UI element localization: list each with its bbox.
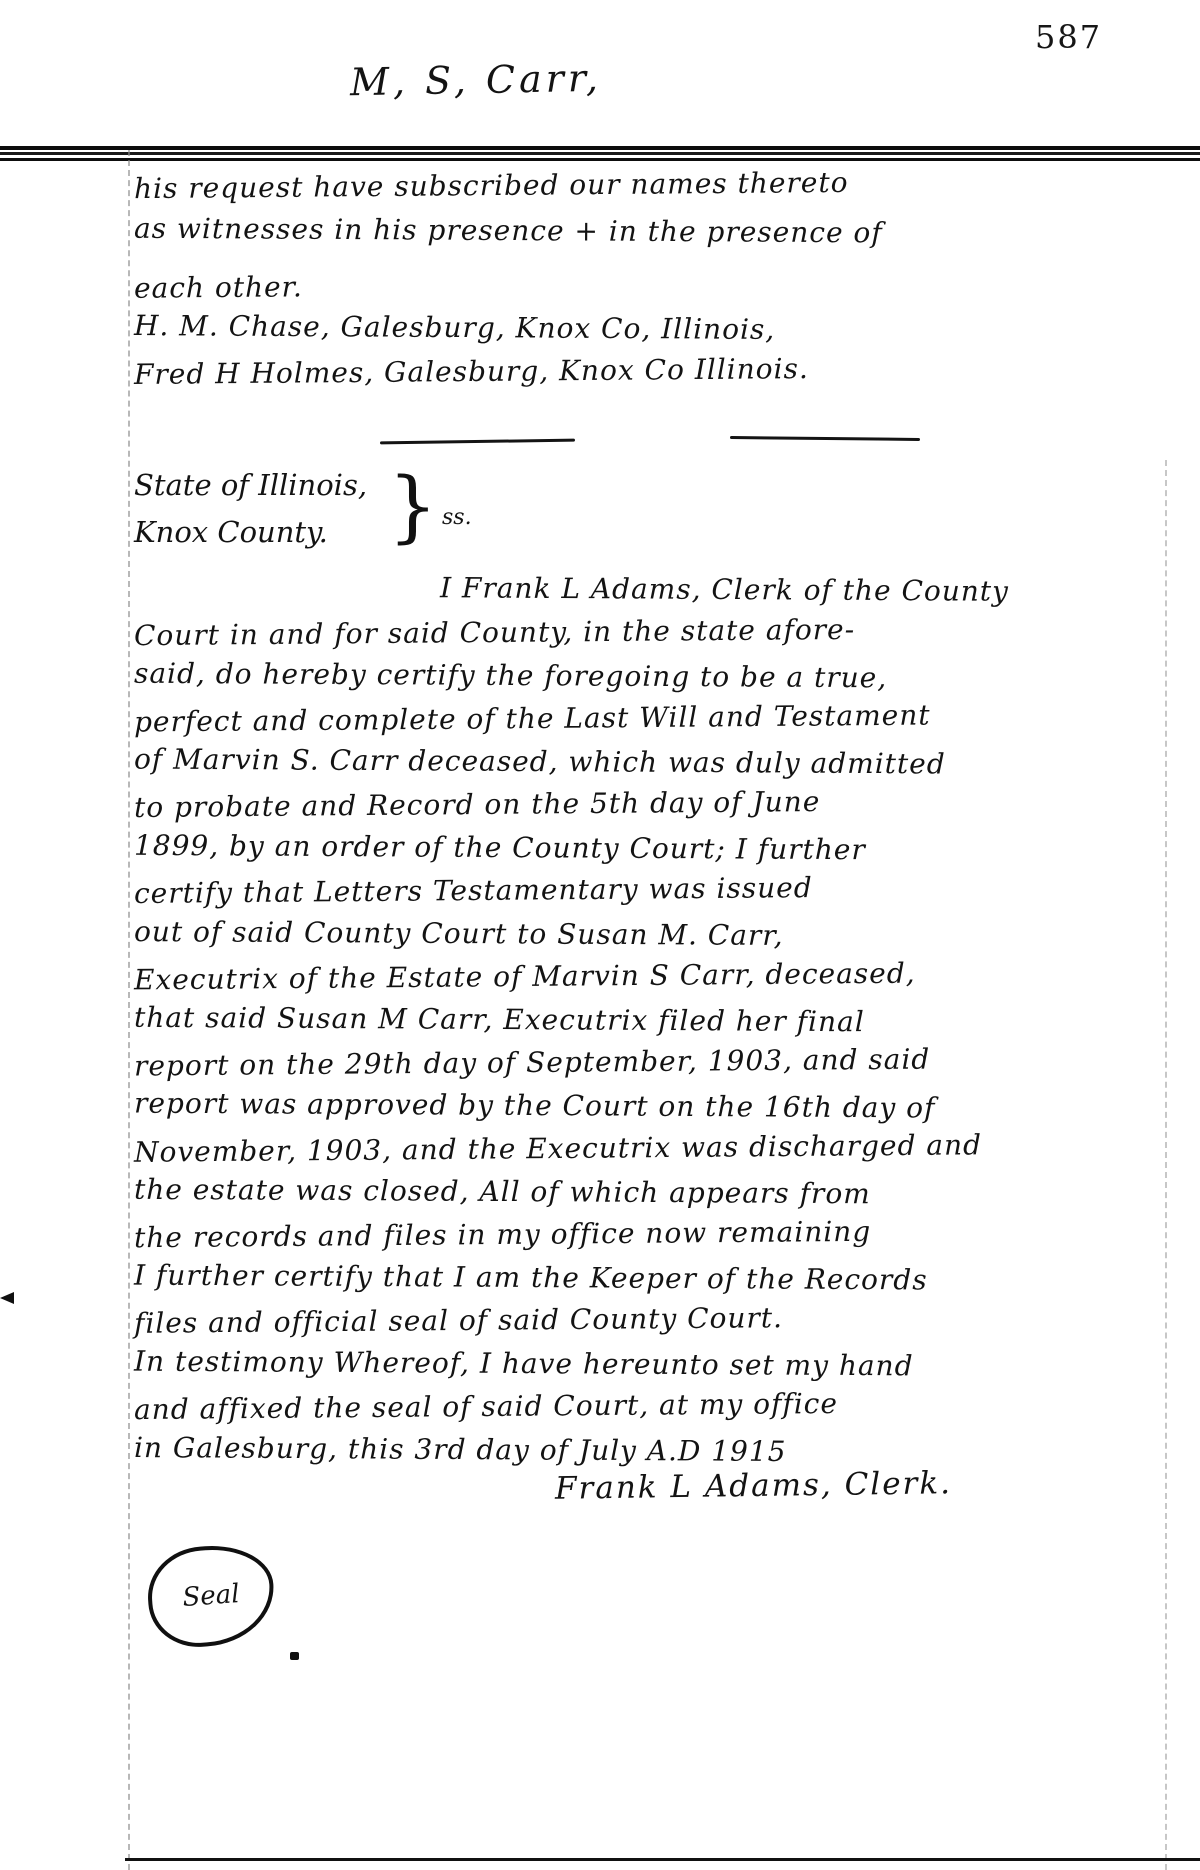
manuscript-line: certify that Letters Testamentary was is… bbox=[134, 868, 813, 914]
manuscript-line: report on the 29th day of September, 190… bbox=[134, 1040, 931, 1087]
manuscript-line: files and official seal of said County C… bbox=[134, 1298, 783, 1344]
page-number: 587 bbox=[1035, 18, 1102, 56]
record-book-page: 587 M, S, Carr, his request have subscri… bbox=[0, 0, 1200, 1870]
manuscript-line: and affixed the seal of said Court, at m… bbox=[134, 1384, 838, 1430]
manuscript-line: of Marvin S. Carr deceased, which was du… bbox=[134, 740, 946, 785]
witness-signature-line: Fred H Holmes, Galesburg, Knox Co Illino… bbox=[134, 349, 809, 395]
right-margin-rule bbox=[1165, 460, 1167, 1870]
witness-signature-line: H. M. Chase, Galesburg, Knox Co, Illinoi… bbox=[134, 306, 775, 350]
manuscript-line: perfect and complete of the Last Will an… bbox=[134, 696, 931, 743]
ink-dot bbox=[290, 1652, 299, 1660]
manuscript-line: to probate and Record on the 5th day of … bbox=[134, 782, 821, 828]
manuscript-line: report was approved by the Court on the … bbox=[134, 1084, 936, 1129]
manuscript-line: 1899, by an order of the County Court; I… bbox=[134, 826, 866, 870]
jurat-brace: } bbox=[388, 462, 438, 552]
manuscript-line: In testimony Whereof, I have hereunto se… bbox=[134, 1342, 914, 1387]
page-header-name: M, S, Carr, bbox=[350, 56, 603, 104]
manuscript-line: as witnesses in his presence + in the pr… bbox=[134, 209, 883, 254]
clerk-signature: Frank L Adams, Clerk. bbox=[555, 1465, 952, 1507]
manuscript-line: his request have subscribed our names th… bbox=[134, 163, 849, 209]
manuscript-line: each other. bbox=[134, 267, 303, 308]
left-margin-rule bbox=[128, 150, 130, 1870]
manuscript-line: the records and files in my office now r… bbox=[134, 1212, 872, 1258]
manuscript-line: out of said County Court to Susan M. Car… bbox=[134, 912, 784, 956]
header-double-rule bbox=[0, 146, 1200, 163]
seal-stamp-icon: Seal bbox=[145, 1542, 278, 1651]
jurat-state: State of Illinois, bbox=[134, 468, 367, 502]
bottom-page-rule bbox=[125, 1858, 1200, 1861]
margin-mark bbox=[0, 1292, 14, 1304]
manuscript-line: that said Susan M Carr, Executrix filed … bbox=[134, 998, 865, 1042]
seal-label: Seal bbox=[182, 1579, 241, 1613]
divider-dash bbox=[380, 439, 575, 445]
manuscript-line: in Galesburg, this 3rd day of July A.D 1… bbox=[134, 1428, 787, 1472]
jurat-ss-abbreviation: ss. bbox=[442, 505, 472, 530]
divider-dash bbox=[730, 436, 920, 441]
manuscript-line: I further certify that I am the Keeper o… bbox=[134, 1256, 928, 1301]
manuscript-line: the estate was closed, All of which appe… bbox=[134, 1170, 871, 1215]
manuscript-line: I Frank L Adams, Clerk of the County bbox=[440, 568, 1009, 611]
manuscript-line: said, do hereby certify the foregoing to… bbox=[134, 654, 887, 699]
manuscript-line: Court in and for said County, in the sta… bbox=[134, 610, 855, 656]
manuscript-line: Executrix of the Estate of Marvin S Carr… bbox=[134, 954, 916, 1001]
jurat-county: Knox County. bbox=[134, 515, 328, 549]
manuscript-line: November, 1903, and the Executrix was di… bbox=[134, 1125, 982, 1172]
